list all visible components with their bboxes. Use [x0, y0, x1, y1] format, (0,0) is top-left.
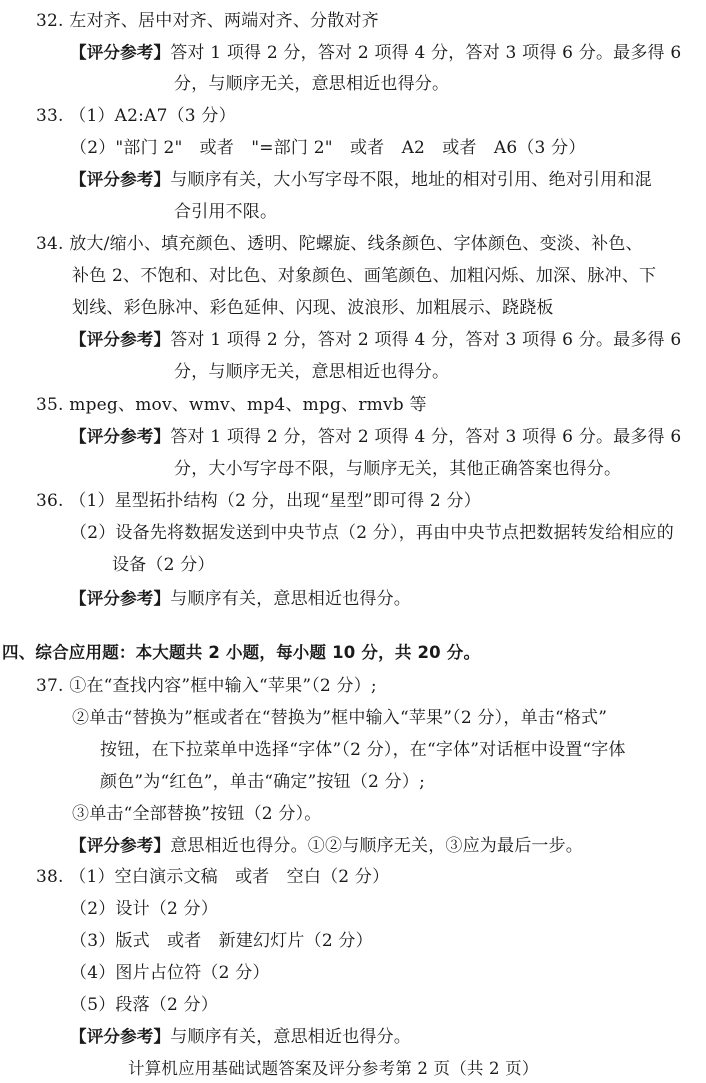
scoring-reference-label: 【评分参考】	[70, 836, 170, 855]
answer-36-part-2: （2）设备先将数据发送到中央节点（2 分），再由中央节点把数据转发给相应的	[70, 522, 674, 544]
answer-37-step-2-cont: 按钮，在下拉菜单中选择“字体”（2 分），在“字体”对话框中设置“字体	[100, 739, 626, 761]
question-number: 38.	[36, 867, 64, 887]
answer-36-part-2-cont: 设备（2 分）	[112, 554, 215, 576]
answer-38-part-2: （2）设计（2 分）	[70, 898, 218, 920]
answer-38-part-3: （3）版式 或者 新建幻灯片（2 分）	[70, 930, 373, 952]
question-number: 35.	[36, 395, 64, 415]
scoring-reference-label: 【评分参考】	[70, 1027, 170, 1046]
question-34: 34. 放大/缩小、填充颜色、透明、陀螺旋、线条颜色、字体颜色、变淡、补色、	[36, 233, 643, 255]
question-number: 37.	[36, 676, 64, 696]
scoring-reference-label: 【评分参考】	[70, 43, 170, 62]
scoring-reference-34-cont: 分，与顺序无关，意思相近也得分。	[174, 361, 449, 383]
answer-line-1: 放大/缩小、填充颜色、透明、陀螺旋、线条颜色、字体颜色、变淡、补色、	[69, 234, 643, 254]
question-38: 38. （1）空白演示文稿 或者 空白（2 分）	[36, 866, 389, 888]
scoring-reference-text: 答对 1 项得 2 分，答对 2 项得 4 分，答对 3 项得 6 分。最多得 …	[170, 43, 681, 63]
question-33: 33. （1）A2:A7（3 分）	[36, 105, 236, 127]
scoring-reference-36: 【评分参考】与顺序有关，意思相近也得分。	[70, 588, 411, 610]
answer-text: 左对齐、居中对齐、两端对齐、分散对齐	[69, 11, 379, 31]
answer-38-part-5: （5）段落（2 分）	[70, 994, 218, 1016]
answer-part-1: （1）A2:A7（3 分）	[69, 106, 236, 126]
scoring-reference-text: 答对 1 项得 2 分，答对 2 项得 4 分，答对 3 项得 6 分。最多得 …	[170, 330, 681, 350]
answer-34-line-2: 补色 2、不饱和、对比色、对象颜色、画笔颜色、加粗闪烁、加深、脉冲、下	[72, 265, 656, 287]
answer-34-line-3: 划线、彩色脉冲、彩色延伸、闪现、波浪形、加粗展示、跷跷板	[72, 297, 554, 319]
answer-37-step-3: ③单击“全部替换”按钮（2 分）。	[72, 803, 322, 825]
scoring-reference-37: 【评分参考】意思相近也得分。①②与顺序无关，③应为最后一步。	[70, 835, 583, 857]
scoring-reference-text: 意思相近也得分。①②与顺序无关，③应为最后一步。	[170, 836, 583, 856]
scoring-reference-34: 【评分参考】答对 1 项得 2 分，答对 2 项得 4 分，答对 3 项得 6 …	[70, 329, 681, 351]
scoring-reference-label: 【评分参考】	[70, 170, 170, 189]
scoring-reference-text: 与顺序有关，大小写字母不限，地址的相对引用、绝对引用和混	[170, 170, 652, 190]
scoring-reference-32: 【评分参考】答对 1 项得 2 分，答对 2 项得 4 分，答对 3 项得 6 …	[70, 42, 681, 64]
scoring-reference-text: 与顺序有关，意思相近也得分。	[170, 589, 411, 609]
scoring-reference-32-cont: 分，与顺序无关，意思相近也得分。	[174, 73, 449, 95]
question-number: 34.	[36, 234, 64, 254]
answer-37-step-2: ②单击“替换为”框或者在“替换为”框中输入“苹果”（2 分），单击“格式”	[72, 707, 607, 729]
answer-37-step-2-cont2: 颜色”为“红色”，单击“确定”按钮（2 分）;	[100, 771, 425, 793]
answer-part-1: （1）星型拓扑结构（2 分，出现“星型”即可得 2 分）	[69, 491, 481, 511]
scoring-reference-33: 【评分参考】与顺序有关，大小写字母不限，地址的相对引用、绝对引用和混	[70, 169, 652, 191]
question-number: 33.	[36, 106, 64, 126]
answer-part-1: （1）空白演示文稿 或者 空白（2 分）	[69, 867, 389, 887]
question-number: 36.	[36, 491, 64, 511]
scoring-reference-label: 【评分参考】	[70, 330, 170, 349]
scoring-reference-35-cont: 分，大小写字母不限，与顺序无关，其他正确答案也得分。	[174, 458, 621, 480]
scoring-reference-33-cont: 合引用不限。	[174, 201, 277, 223]
page-footer: 计算机应用基础试题答案及评分参考第 2 页（共 2 页）	[128, 1058, 539, 1080]
answer-text: mpeg、mov、wmv、mp4、mpg、rmvb 等	[69, 395, 426, 415]
scoring-reference-label: 【评分参考】	[70, 589, 170, 608]
section-heading: 四、综合应用题：本大题共 2 小题，每小题 10 分，共 20 分。	[2, 642, 480, 664]
answer-38-part-4: （4）图片占位符（2 分）	[70, 962, 270, 984]
question-37: 37. ①在“查找内容”框中输入“苹果”（2 分）;	[36, 675, 377, 697]
scoring-reference-label: 【评分参考】	[70, 427, 170, 446]
answer-step-1: ①在“查找内容”框中输入“苹果”（2 分）;	[69, 676, 377, 696]
scoring-reference-35: 【评分参考】答对 1 项得 2 分，答对 2 项得 4 分，答对 3 项得 6 …	[70, 426, 681, 448]
question-35: 35. mpeg、mov、wmv、mp4、mpg、rmvb 等	[36, 394, 427, 416]
scoring-reference-38: 【评分参考】与顺序有关，意思相近也得分。	[70, 1026, 411, 1048]
answer-33-part-2: （2）"部门 2" 或者 "=部门 2" 或者 A2 或者 A6（3 分）	[70, 137, 586, 159]
question-32: 32. 左对齐、居中对齐、两端对齐、分散对齐	[36, 10, 379, 32]
scoring-reference-text: 与顺序有关，意思相近也得分。	[170, 1027, 411, 1047]
scoring-reference-text: 答对 1 项得 2 分，答对 2 项得 4 分，答对 3 项得 6 分。最多得 …	[170, 427, 681, 447]
question-36: 36. （1）星型拓扑结构（2 分，出现“星型”即可得 2 分）	[36, 490, 481, 512]
question-number: 32.	[36, 11, 64, 31]
